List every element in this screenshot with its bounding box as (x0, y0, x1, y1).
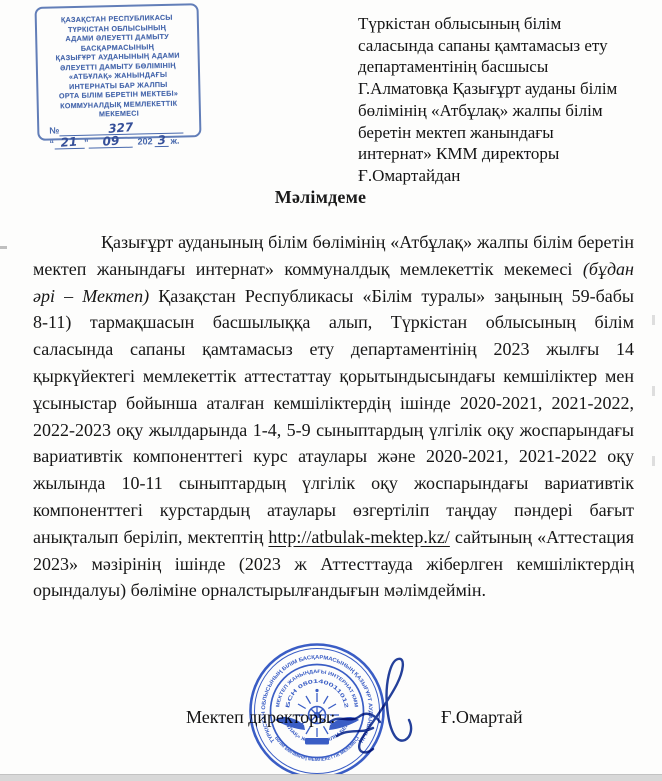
body-text-segment: компоненттегі курстардың атаулары өзгерт… (33, 500, 634, 524)
recipient-line: департаментінің басшысы (358, 56, 654, 78)
body-line: орындалуы) бөліміне орналстырылғандығын … (33, 577, 634, 604)
website-link[interactable]: http://atbulak-mektep.kz/ (268, 527, 449, 547)
stamp-date-row: “ 21 ” 09 202 3 ж. (49, 133, 189, 149)
recipient-line: беретін мектеп жанындағы (358, 122, 654, 144)
stamp-number-label: № (49, 125, 59, 136)
body-line: мектеп жанындағы интернат» коммуналдық м… (33, 256, 634, 283)
body-line: саласында сапаны қамтамасыз ету департам… (33, 336, 634, 363)
handwritten-signature-icon (325, 643, 435, 761)
body-text-segment: мектеп жанындағы интернат» коммуналдық м… (33, 259, 583, 279)
scan-artifact (652, 315, 655, 325)
scanned-document-page: ҚАЗАҚСТАН РЕСПУБЛИКАСЫ ТҮРКІСТАН ОБЛЫСЫН… (0, 0, 662, 781)
statement-body: Қазығұрт ауданының білім бөлімінің «Атбұ… (33, 229, 634, 604)
stamp-year-underline: 3 (154, 136, 168, 147)
body-text-segment: 2023» мәзірінің ішінде (2023 ж Аттесттау… (33, 554, 634, 574)
body-line: 2023» мәзірінің ішінде (2023 ж Аттесттау… (33, 551, 634, 578)
recipient-line: интернат» КММ директоры (358, 143, 654, 165)
body-line: вариативтік компоненттегі курс атаулары … (33, 443, 634, 470)
body-italic-segment: (бұдан (583, 259, 634, 279)
body-line: қыркүйектегі мемлекеттік аттестаттау қор… (33, 363, 634, 390)
registration-stamp: ҚАЗАҚСТАН РЕСПУБЛИКАСЫ ТҮРКІСТАН ОБЛЫСЫН… (35, 3, 202, 141)
body-text-segment: орындалуы) бөліміне орналстырылғандығын … (33, 580, 486, 600)
scan-artifact (652, 386, 655, 396)
body-line: 2022-2023 оқу жылдарында 1-4, 5-9 сыныпт… (33, 417, 634, 444)
body-line: ұсыныстар бойынша аталған кемшіліктердің… (33, 390, 634, 417)
body-line: әрі – Мектеп) Қазақстан Республикасы «Бі… (33, 283, 634, 310)
recipient-line: бөлімінің «Атбұлақ» жалпы білім (358, 100, 654, 122)
recipient-line: Түркістан облысының білім (358, 13, 654, 35)
recipient-line: саласында сапаны қамтамасыз ету (358, 35, 654, 57)
handwritten-year-digit: 3 (157, 136, 166, 146)
handwritten-day: 21 (60, 138, 77, 148)
body-line: компоненттегі курстардың атаулары өзгерт… (33, 497, 634, 524)
body-text-segment: анықталып беріліп, мектептің (33, 527, 268, 547)
handwritten-month: 09 (102, 137, 119, 147)
stamp-month-underline: 09 (88, 137, 132, 149)
stamp-date-suffix: ж. (170, 136, 179, 147)
body-text-segment: Қазығұрт ауданының білім бөлімінің «Атбұ… (33, 232, 634, 252)
recipient-line: Ғ.Омартайдан (358, 165, 654, 187)
scan-artifact (0, 246, 7, 249)
body-line: Қазығұрт ауданының білім бөлімінің «Атбұ… (33, 229, 634, 256)
body-italic-segment: әрі – Мектеп) (33, 286, 149, 306)
handwritten-number: 327 (108, 123, 134, 134)
body-line: жылында 10-11 сыныптардың үлгілік оқу жо… (33, 470, 634, 497)
body-text-segment: ұсыныстар бойынша аталған кемшіліктердің… (33, 393, 634, 413)
recipient-line: Г.Алматовқа Қазығұрт ауданы білім (358, 78, 654, 100)
signer-name: Ғ.Омартай (441, 707, 523, 728)
recipient-block: Түркістан облысының білім саласында сапа… (358, 13, 654, 187)
document-title: Мәлімдеме (20, 187, 621, 208)
scan-artifact (652, 456, 655, 466)
body-text-segment: саласында сапаны қамтамасыз ету департам… (33, 339, 634, 359)
scanner-edge-strip (0, 774, 662, 781)
body-text-segment: жылында 10-11 сыныптардың үлгілік оқу жо… (33, 473, 634, 493)
body-text-segment: сайтының «Аттестация (450, 527, 634, 547)
body-line: анықталып беріліп, мектептің http://atbu… (33, 524, 634, 551)
body-text-segment: қыркүйектегі мемлекеттік аттестаттау қор… (33, 366, 634, 386)
body-text-segment: 2022-2023 оқу жылдарында 1-4, 5-9 сыныпт… (33, 420, 634, 440)
stamp-year-printed: 202 (137, 136, 152, 147)
body-text-segment: вариативтік компоненттегі курс атаулары … (33, 446, 634, 466)
body-text-segment: Қазақстан Республикасы «Білім туралы» за… (149, 286, 634, 306)
body-line: 8-11) тармақшасын басшылыққа алып, Түркі… (33, 309, 634, 336)
body-text-segment: 8-11) тармақшасын басшылыққа алып, Түркі… (33, 312, 634, 332)
stamp-day-underline: 21 (54, 138, 84, 150)
